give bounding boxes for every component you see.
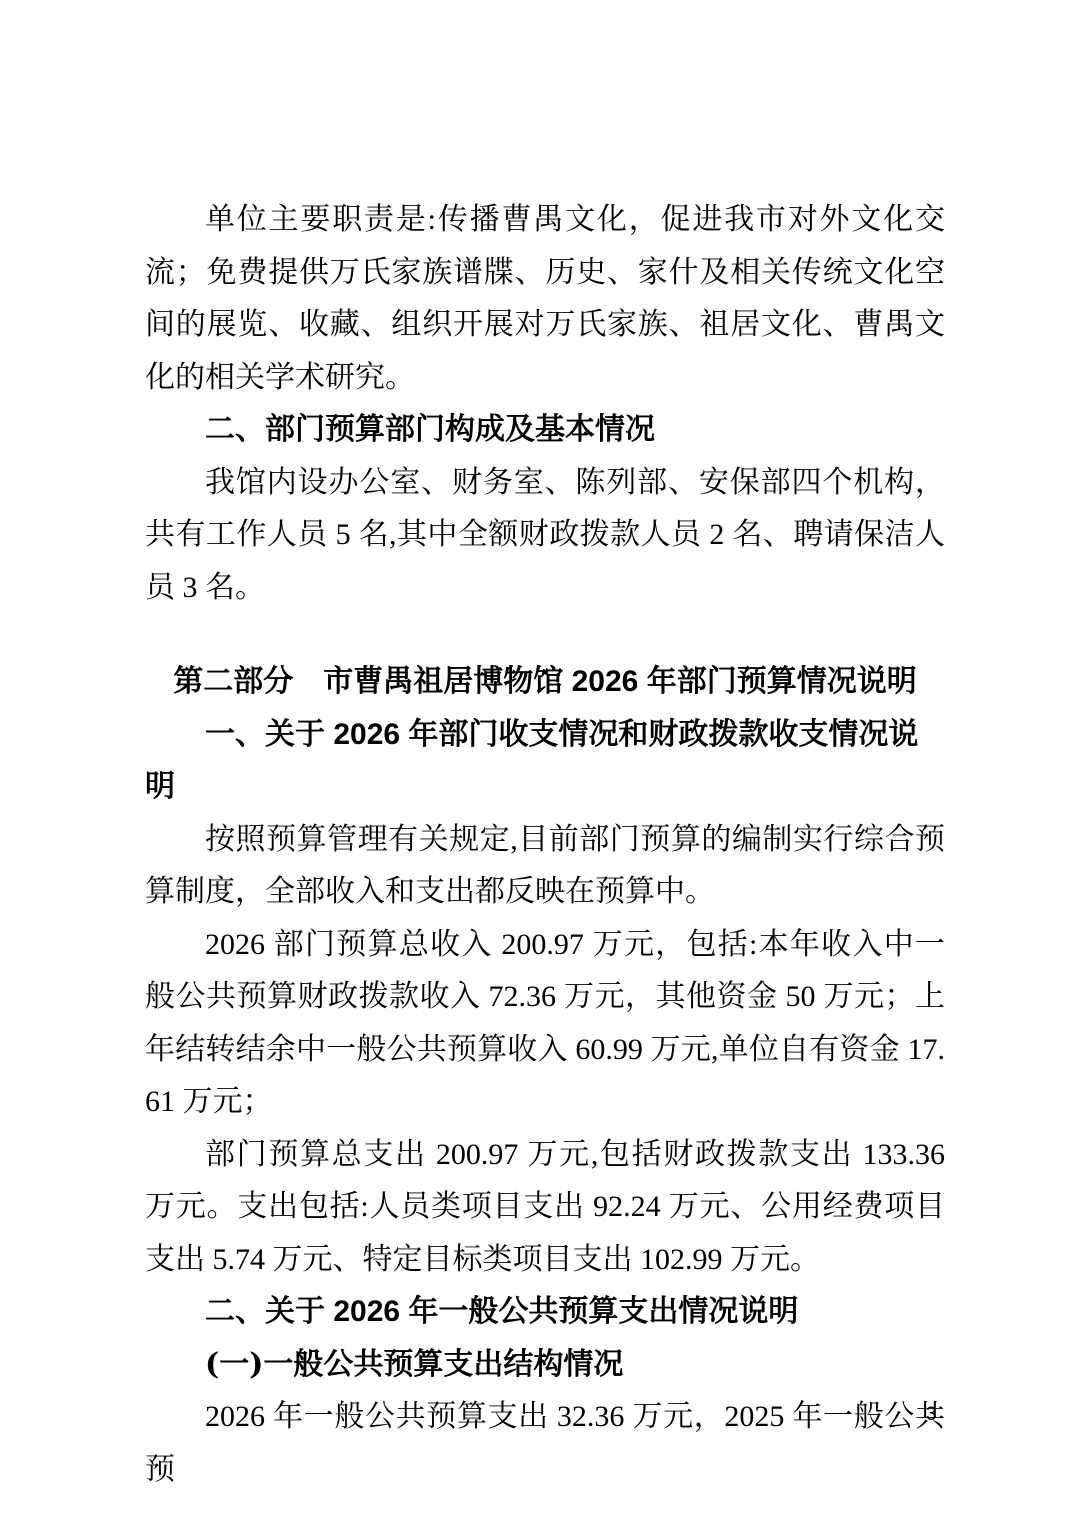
paragraph-unit-duties: 单位主要职责是:传播曹禺文化，促进我市对外文化交流；免费提供万氏家族谱牒、历史、… [145,194,945,404]
document-body: 单位主要职责是:传播曹禺文化，促进我市对外文化交流；免费提供万氏家族谱牒、历史、… [145,194,945,1496]
subheading-expenditure-structure: (一)一般公共预算支出结构情况 [145,1339,945,1392]
paragraph-budget-system: 按照预算管理有关规定,目前部门预算的编制实行综合预算制度，全部收入和支出都反映在… [145,814,945,919]
paragraph-internal-structure: 我馆内设办公室、财务室、陈列部、安保部四个机构，共有工作人员 5 名,其中全额财… [145,457,945,615]
paragraph-total-expenditure: 部门预算总支出 200.97 万元,包括财政拨款支出 133.36 万元。支出包… [145,1129,945,1287]
heading-section-2-composition: 二、部门预算部门构成及基本情况 [145,404,945,457]
paragraph-2026-general-expenditure: 2026 年一般公共预算支出 32.36 万元，2025 年一般公共预 [145,1391,945,1496]
document-page: 单位主要职责是:传播曹禺文化，促进我市对外文化交流；免费提供万氏家族谱牒、历史、… [0,0,1074,1520]
part-2-title: 第二部分 市曹禺祖居博物馆 2026 年部门预算情况说明 [145,656,945,709]
page-number: 3 [926,1403,937,1427]
heading-1-revenue-expenditure: 一、关于 2026 年部门收支情况和财政拨款收支情况说明 [145,709,945,814]
heading-2-general-budget-expenditure: 二、关于 2026 年一般公共预算支出情况说明 [145,1286,945,1339]
paragraph-total-revenue: 2026 部门预算总收入 200.97 万元，包括:本年收入中一般公共预算财政拨… [145,919,945,1129]
